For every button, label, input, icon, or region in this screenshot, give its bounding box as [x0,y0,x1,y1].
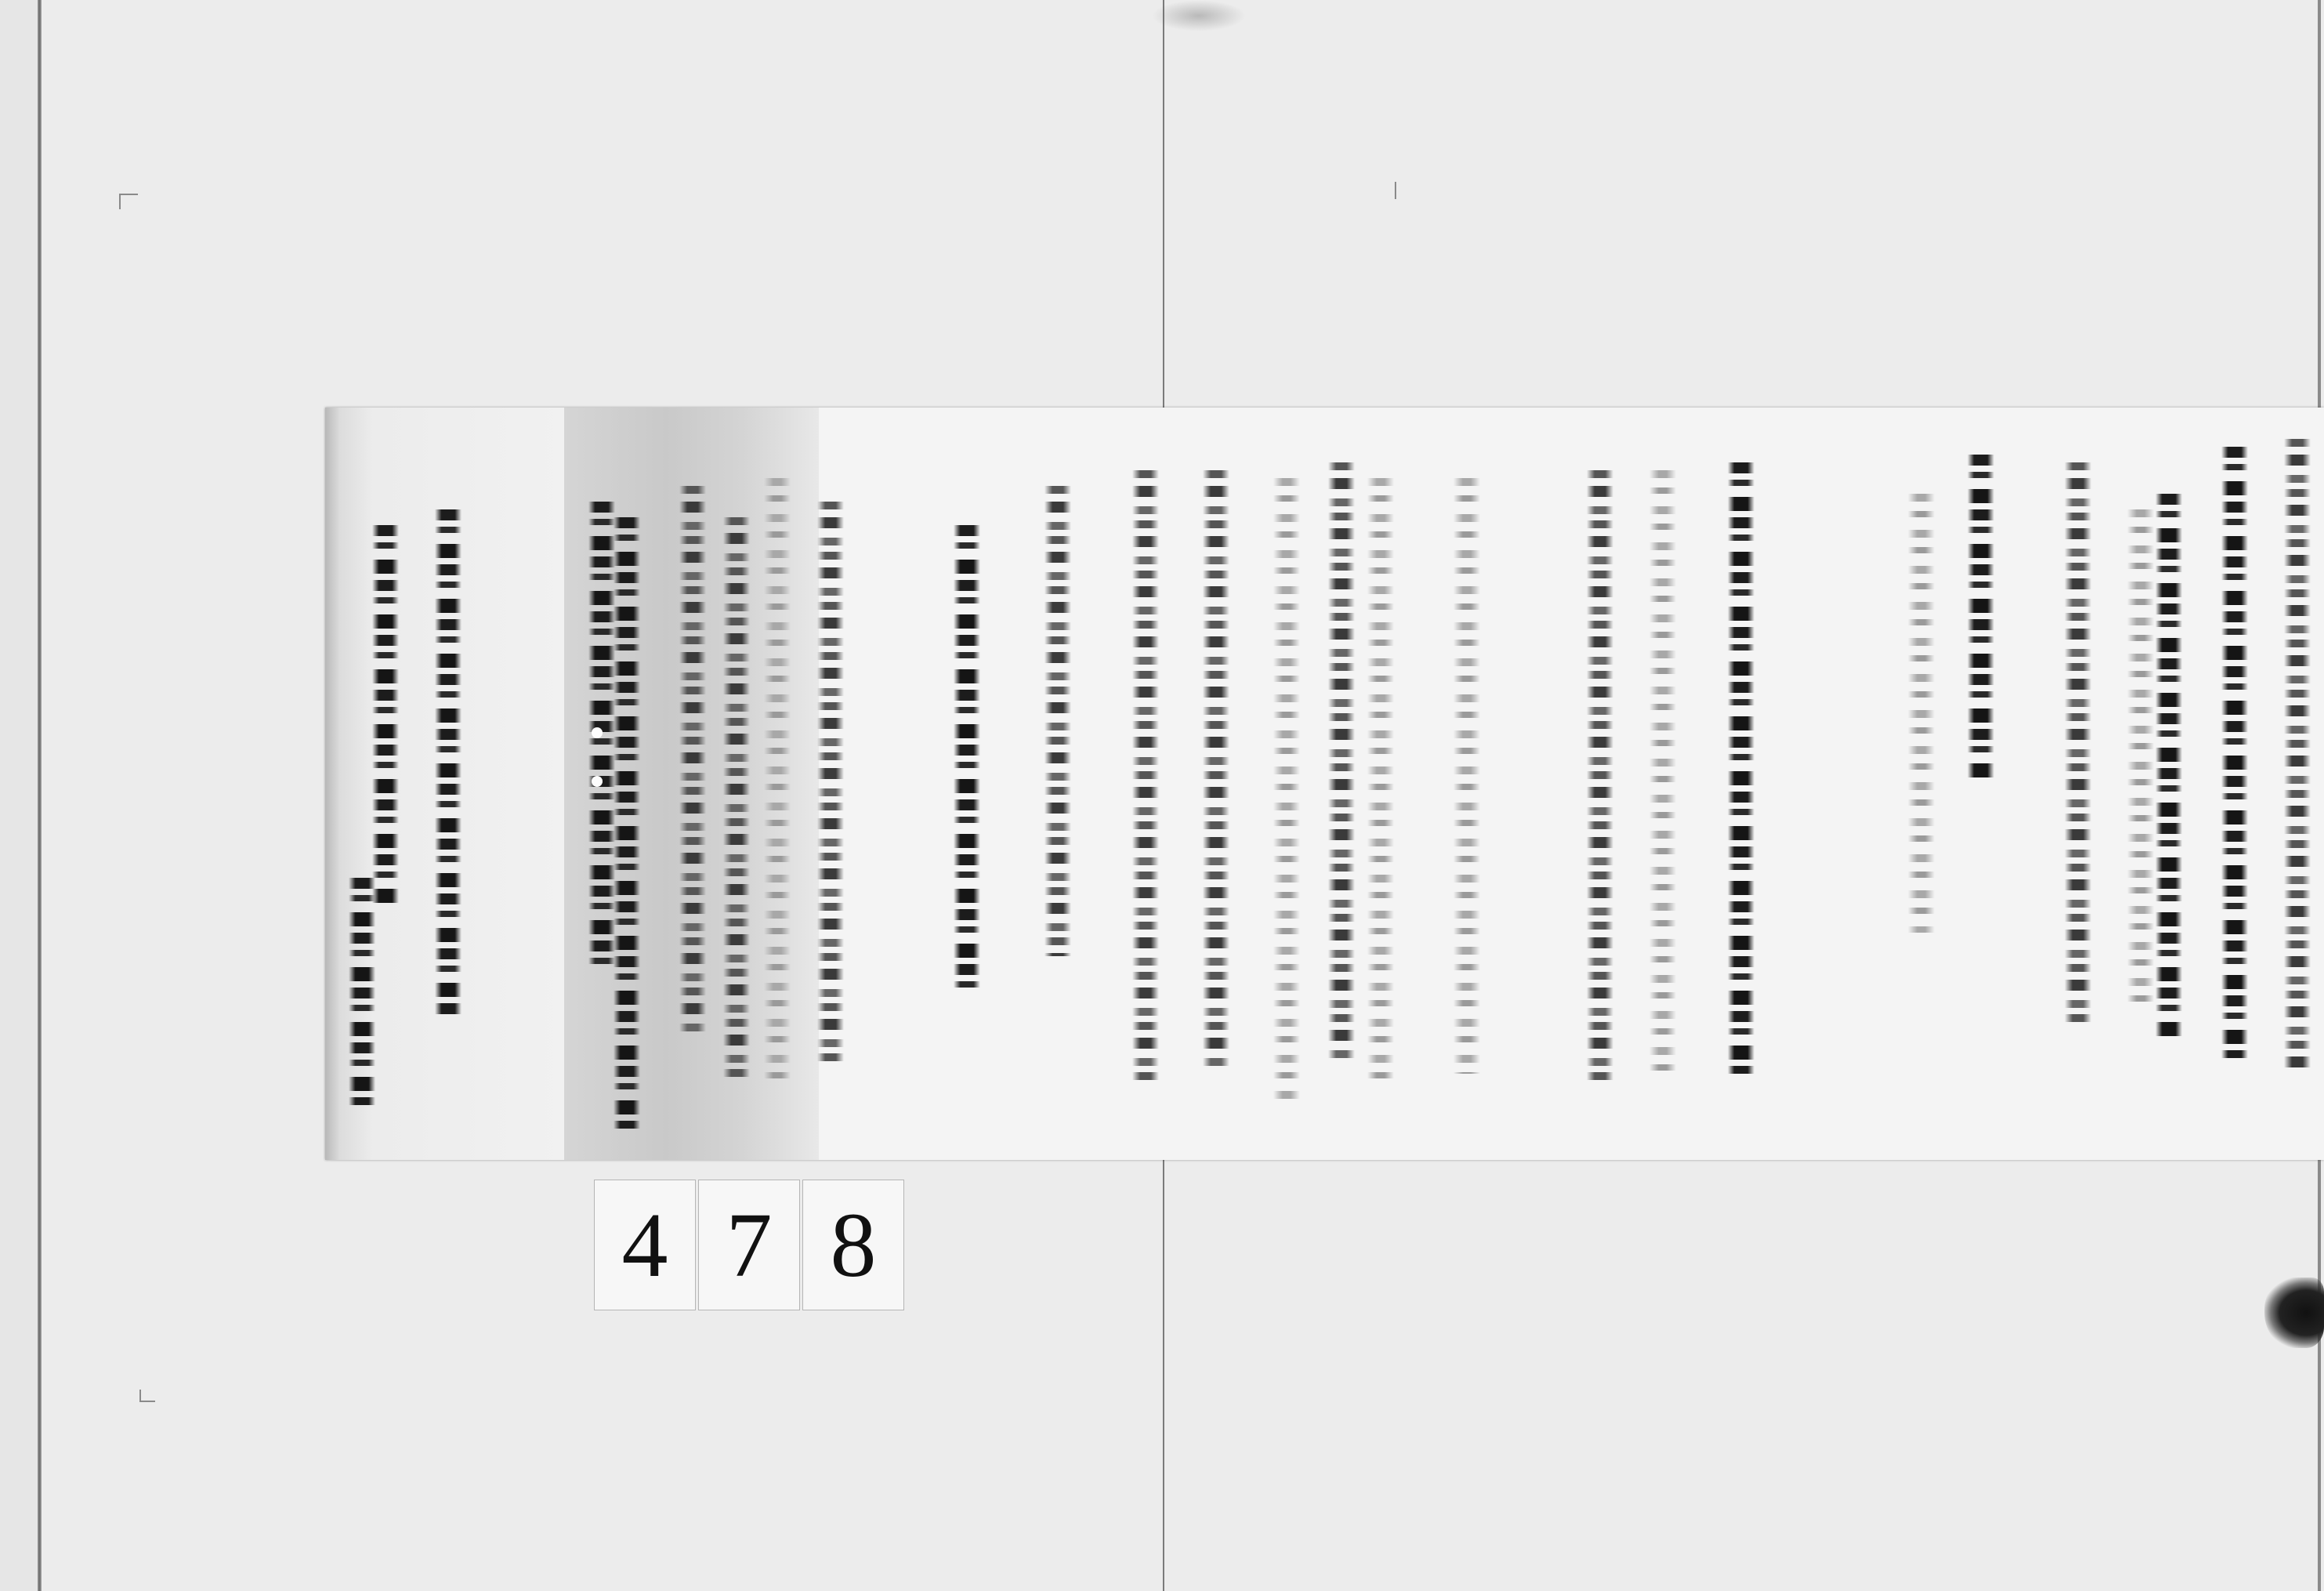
handwritten-text-column [2156,494,2182,1042]
paper-hole [592,727,603,738]
handwritten-text-column [588,502,615,972]
handwritten-text-column [723,517,750,1082]
handwritten-text-column [2221,447,2248,1058]
handwritten-text-column [349,878,375,1105]
handwritten-text-column [1367,478,1394,1089]
manuscript-fold-panel [1289,408,1537,1160]
handwritten-text-column [1453,478,1480,1074]
handwritten-text-column [1044,486,1071,956]
handwritten-text-column [1908,494,1935,933]
handwritten-text-column [1132,470,1159,1082]
handwritten-text-column [1649,470,1676,1082]
handwritten-text-column [1203,470,1229,1066]
registration-mark-bottom-left [139,1390,155,1402]
catalog-number-cards: 4 7 8 [594,1180,904,1310]
handwritten-text-column [817,502,844,1066]
handwritten-text-column [372,525,399,909]
handwritten-text-column [2284,439,2311,1074]
handwritten-text-column [1587,470,1613,1082]
handwritten-text-column [614,517,640,1129]
handwritten-text-column [435,509,462,1019]
mount-left-border-line [38,0,42,1591]
handwritten-text-column [1728,462,1754,1074]
handwritten-text-column [954,525,980,995]
handwritten-text-column [2127,509,2154,1011]
handwritten-text-column [2065,462,2091,1027]
top-smudge [1152,0,1246,31]
catalog-digit-card: 8 [802,1180,904,1310]
manuscript-fold-panel [1536,408,1835,1160]
catalog-digit-card: 4 [594,1180,696,1310]
paper-hole [592,776,603,787]
handwritten-text-column [764,478,791,1089]
handwritten-text-column [679,486,706,1035]
handwritten-text-column [1273,478,1300,1105]
registration-mark-top-right [1387,182,1396,199]
ink-stain [2264,1278,2324,1348]
handwritten-text-column [1967,455,1994,784]
catalog-digit-card: 7 [698,1180,800,1310]
manuscript-scroll [325,408,2324,1160]
handwritten-text-column [1328,462,1355,1058]
registration-mark-top-left [119,194,138,209]
mount-left-margin [0,0,38,1591]
